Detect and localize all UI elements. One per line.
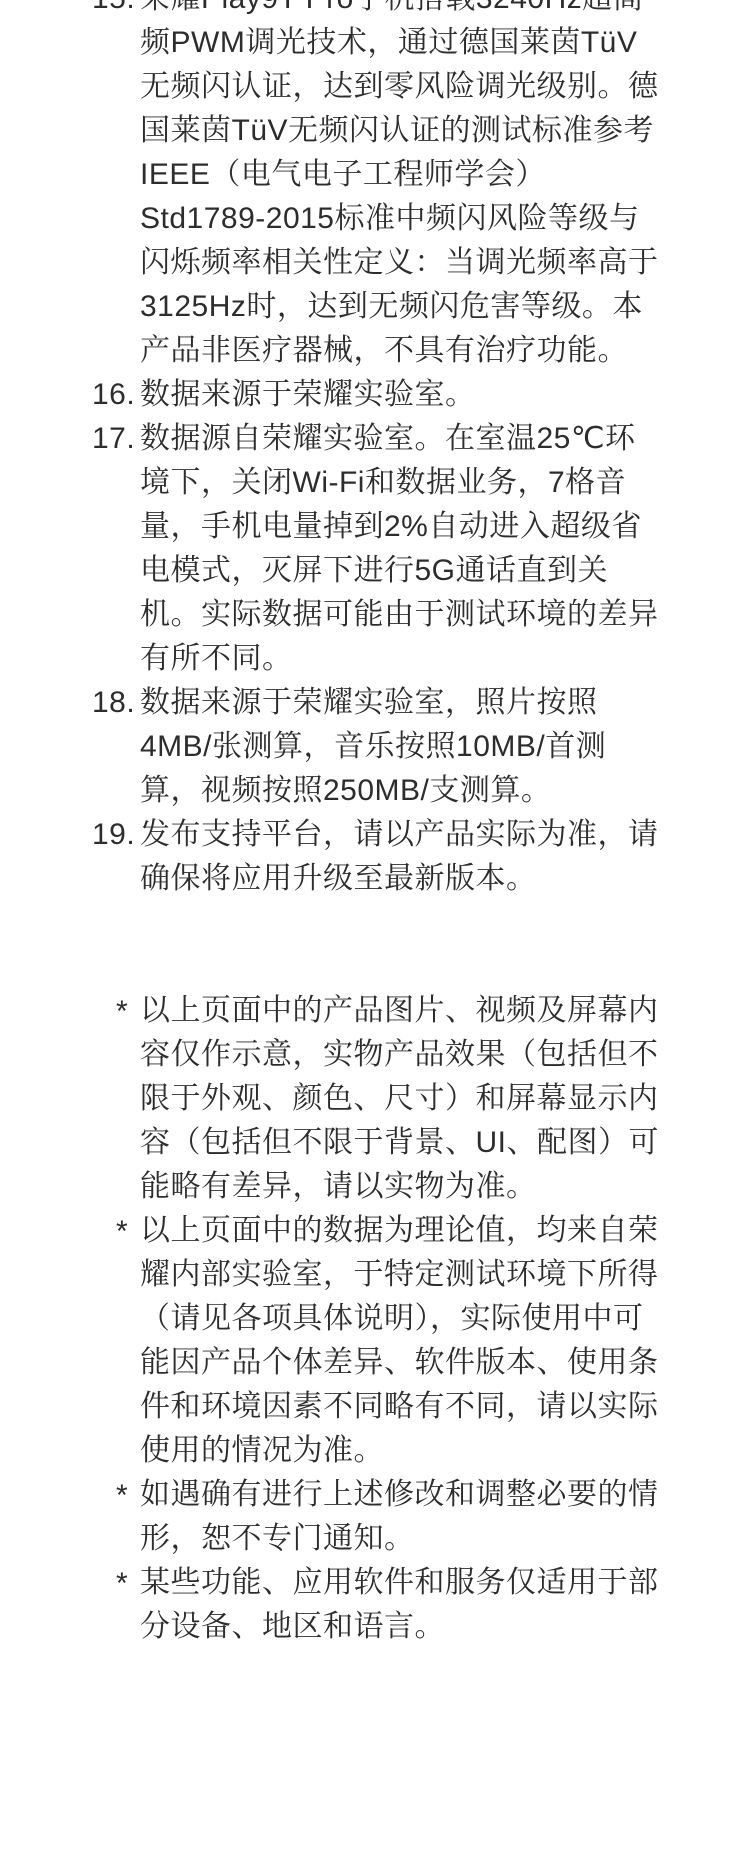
- disclaimer-list: * 以上页面中的产品图片、视频及屏幕内容仅作示意，实物产品效果（包括但不限于外观…: [0, 989, 750, 1649]
- disclaimer-item: * 以上页面中的数据为理论值，均来自荣耀内部实验室，于特定测试环境下所得（请见各…: [140, 1209, 662, 1473]
- disclaimer-item: * 某些功能、应用软件和服务仅适用于部分设备、地区和语言。: [140, 1561, 662, 1649]
- footnote-number: 18.: [92, 681, 135, 725]
- footnote-item-15: 15. 荣耀Play9T Pro手机搭载3240Hz超高频PWM调光技术，通过德…: [140, 0, 662, 373]
- footnote-number: 17.: [92, 417, 135, 461]
- footnote-text: 荣耀Play9T Pro手机搭载3240Hz超高频PWM调光技术，通过德国莱茵T…: [140, 0, 662, 373]
- footnote-text: 数据源自荣耀实验室。在室温25℃环境下，关闭Wi-Fi和数据业务，7格音量，手机…: [140, 417, 662, 681]
- footnote-item-19: 19. 发布支持平台，请以产品实际为准，请确保将应用升级至最新版本。: [140, 813, 662, 901]
- product-notes-page: 15. 荣耀Play9T Pro手机搭载3240Hz超高频PWM调光技术，通过德…: [0, 0, 750, 1837]
- disclaimer-text: 以上页面中的产品图片、视频及屏幕内容仅作示意，实物产品效果（包括但不限于外观、颜…: [140, 989, 662, 1209]
- footnote-number: 15.: [92, 0, 135, 21]
- asterisk-marker: *: [116, 990, 128, 1034]
- disclaimer-item: * 以上页面中的产品图片、视频及屏幕内容仅作示意，实物产品效果（包括但不限于外观…: [140, 989, 662, 1209]
- footnotes-list: 15. 荣耀Play9T Pro手机搭载3240Hz超高频PWM调光技术，通过德…: [0, 0, 750, 901]
- footnote-item-18: 18. 数据来源于荣耀实验室，照片按照4MB/张测算，音乐按照10MB/首测算，…: [140, 681, 662, 813]
- disclaimer-text: 以上页面中的数据为理论值，均来自荣耀内部实验室，于特定测试环境下所得（请见各项具…: [140, 1209, 662, 1473]
- footnote-item-17: 17. 数据源自荣耀实验室。在室温25℃环境下，关闭Wi-Fi和数据业务，7格音…: [140, 417, 662, 681]
- asterisk-marker: *: [116, 1562, 128, 1606]
- asterisk-marker: *: [116, 1474, 128, 1518]
- disclaimer-text: 某些功能、应用软件和服务仅适用于部分设备、地区和语言。: [140, 1561, 662, 1649]
- footnote-text: 数据来源于荣耀实验室，照片按照4MB/张测算，音乐按照10MB/首测算，视频按照…: [140, 681, 662, 813]
- footnote-number: 16.: [92, 373, 135, 417]
- disclaimer-item: * 如遇确有进行上述修改和调整必要的情形，恕不专门通知。: [140, 1473, 662, 1561]
- footnote-number: 19.: [92, 813, 135, 857]
- disclaimer-text: 如遇确有进行上述修改和调整必要的情形，恕不专门通知。: [140, 1473, 662, 1561]
- footnote-text: 发布支持平台，请以产品实际为准，请确保将应用升级至最新版本。: [140, 813, 662, 901]
- footnote-text: 数据来源于荣耀实验室。: [140, 373, 662, 417]
- footnote-item-16: 16. 数据来源于荣耀实验室。: [140, 373, 662, 417]
- asterisk-marker: *: [116, 1210, 128, 1254]
